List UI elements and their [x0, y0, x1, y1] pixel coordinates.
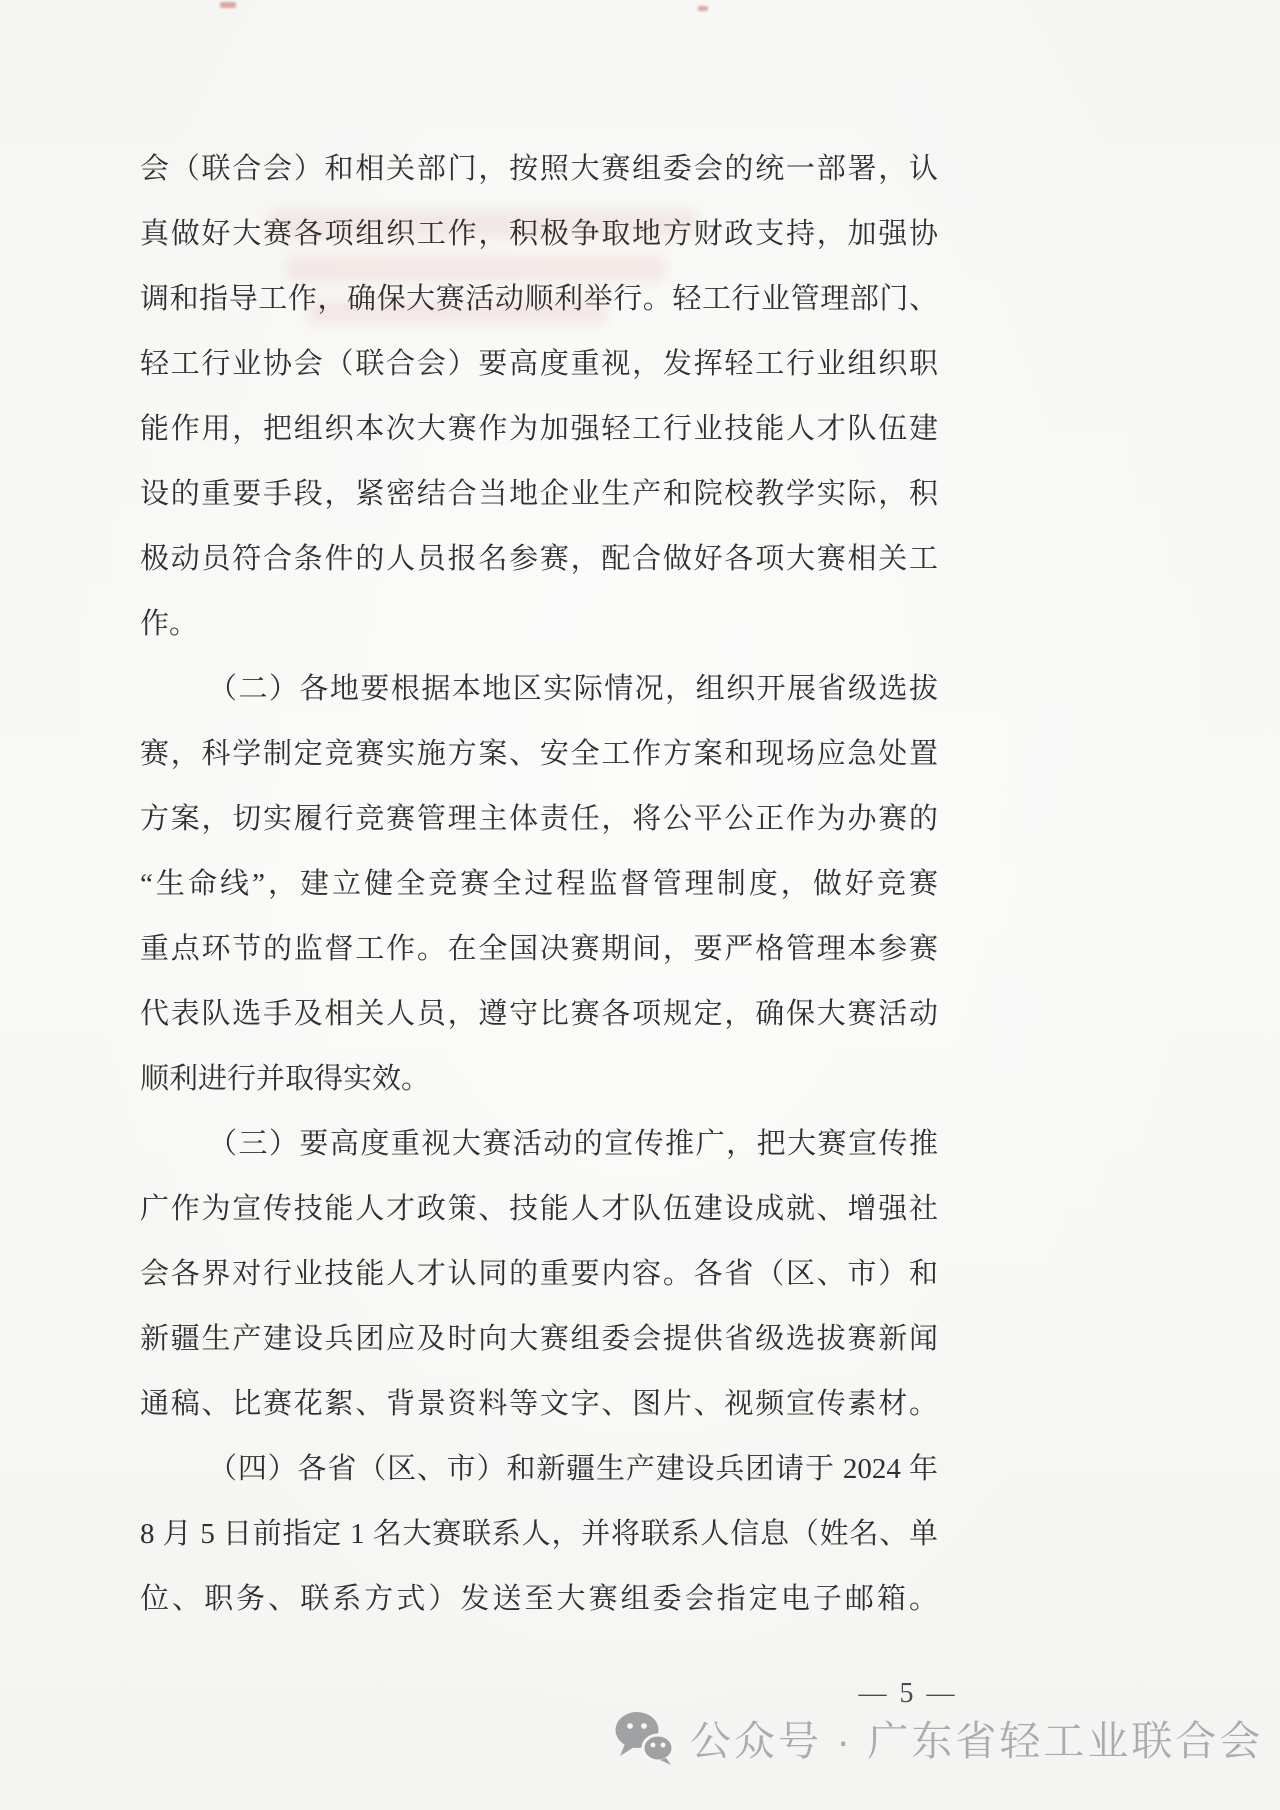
text-line: 通稿、比赛花絮、背景资料等文字、图片、视频宣传素材。 [140, 1372, 938, 1437]
watermark-text: 公众号 · 广东省轻工业联合会 [690, 1708, 1263, 1767]
scan-artifact [220, 2, 236, 8]
text-line: 赛，科学制定竞赛实施方案、安全工作方案和现场应急处置 [140, 722, 938, 787]
text-line: 轻工行业协会（联合会）要高度重视，发挥轻工行业组织职 [140, 332, 938, 397]
text-line: （四）各省（区、市）和新疆生产建设兵团请于 2024 年 [140, 1437, 938, 1502]
text-line: 能作用，把组织本次大赛作为加强轻工行业技能人才队伍建 [140, 397, 938, 462]
text-line: 位、职务、联系方式）发送至大赛组委会指定电子邮箱。 [140, 1567, 938, 1632]
document-page: 会（联合会）和相关部门，按照大赛组委会的统一部署，认 真做好大赛各项组织工作，积… [0, 0, 1280, 1810]
text-line: 重点环节的监督工作。在全国决赛期间，要严格管理本参赛 [140, 917, 938, 982]
text-line: 代表队选手及相关人员，遵守比赛各项规定，确保大赛活动 [140, 982, 938, 1047]
wechat-icon [614, 1711, 676, 1765]
text-line: 方案，切实履行竞赛管理主体责任，将公平公正作为办赛的 [140, 787, 938, 852]
scan-artifact [698, 6, 708, 11]
text-line: 极动员符合条件的人员报名参赛，配合做好各项大赛相关工 [140, 527, 938, 592]
text-line: 会（联合会）和相关部门，按照大赛组委会的统一部署，认 [140, 137, 938, 202]
text-line: （二）各地要根据本地区实际情况，组织开展省级选拔 [140, 657, 938, 722]
text-line: “生命线”，建立健全竞赛全过程监督管理制度，做好竞赛 [140, 852, 938, 917]
text-line: 真做好大赛各项组织工作，积极争取地方财政支持，加强协 [140, 202, 938, 267]
page-number: — 5 — [838, 1678, 978, 1710]
wechat-watermark: 公众号 · 广东省轻工业联合会 [614, 1708, 1263, 1767]
text-line: 新疆生产建设兵团应及时向大赛组委会提供省级选拔赛新闻 [140, 1307, 938, 1372]
text-line: （三）要高度重视大赛活动的宣传推广，把大赛宣传推 [140, 1112, 938, 1177]
text-line: 8 月 5 日前指定 1 名大赛联系人，并将联系人信息（姓名、单 [140, 1502, 938, 1567]
text-line: 顺利进行并取得实效。 [140, 1047, 938, 1112]
text-line: 会各界对行业技能人才认同的重要内容。各省（区、市）和 [140, 1242, 938, 1307]
text-line: 调和指导工作，确保大赛活动顺利举行。轻工行业管理部门、 [140, 267, 938, 332]
document-body: 会（联合会）和相关部门，按照大赛组委会的统一部署，认 真做好大赛各项组织工作，积… [140, 137, 938, 1632]
text-line: 设的重要手段，紧密结合当地企业生产和院校教学实际，积 [140, 462, 938, 527]
text-line: 广作为宣传技能人才政策、技能人才队伍建设成就、增强社 [140, 1177, 938, 1242]
text-line: 作。 [140, 592, 938, 657]
